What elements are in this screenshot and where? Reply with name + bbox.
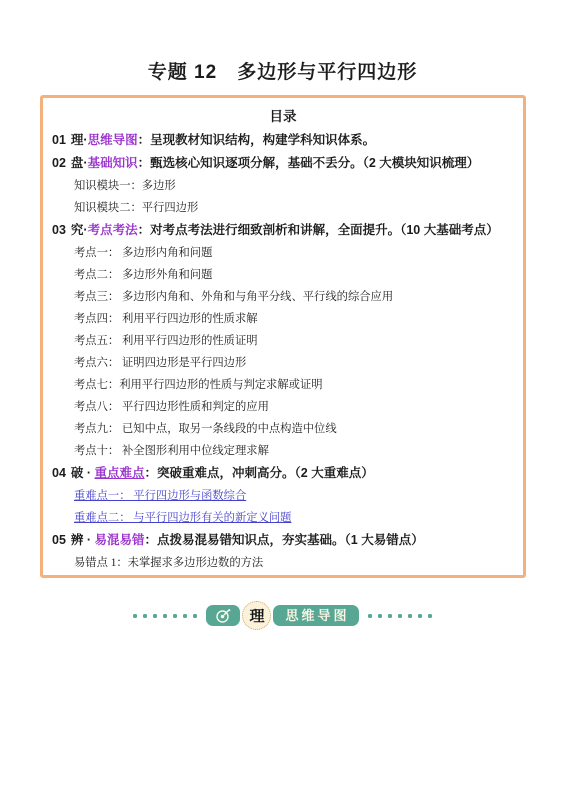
dots-left-decoration <box>133 614 197 618</box>
toc-subitem: 考点五： 利用平行四边形的性质证明 <box>49 330 517 352</box>
item-prefix: 盘· <box>71 156 88 170</box>
item-description: 突破重难点，冲刺高分。（2 大重难点） <box>157 466 374 480</box>
dot-decoration <box>378 614 382 618</box>
dot-decoration <box>398 614 402 618</box>
dots-right-decoration <box>368 614 432 618</box>
item-highlight: 考点考法 <box>88 223 138 237</box>
toc-sublink[interactable]: 重难点二： 与平行四边形有关的新定义问题 <box>49 507 517 529</box>
item-highlight: 重点难点 <box>95 466 145 480</box>
toc-item-05: 05辨 · 易混易错：点拨易混易错知识点，夯实基础。（1 大易错点） <box>49 529 517 552</box>
item-prefix: 究· <box>71 223 88 237</box>
dot-decoration <box>388 614 392 618</box>
item-colon: ： <box>138 133 151 147</box>
dot-decoration <box>163 614 167 618</box>
toc-header: 目录 <box>49 105 517 129</box>
toc-subitem: 考点八： 平行四边形性质和判定的应用 <box>49 396 517 418</box>
toc-subitem: 考点一： 多边形内角和问题 <box>49 242 517 264</box>
toc-subitem: 考点四： 利用平行四边形的性质求解 <box>49 308 517 330</box>
item-colon: ： <box>138 223 151 237</box>
dot-decoration <box>408 614 412 618</box>
item-number: 02 <box>52 156 66 170</box>
dot-decoration <box>153 614 157 618</box>
toc-item-01: 01理·思维导图：呈现教材知识结构，构建学科知识体系。 <box>49 129 517 152</box>
badge-character-text: 理 <box>249 605 264 626</box>
item-highlight: 基础知识 <box>88 156 138 170</box>
toc-subitem: 知识模块二：平行四边形 <box>49 197 517 219</box>
dart-target-icon <box>206 605 240 626</box>
toc-subitem: 考点六： 证明四边形是平行四边形 <box>49 352 517 374</box>
dot-decoration <box>143 614 147 618</box>
dot-decoration <box>368 614 372 618</box>
dot-decoration <box>133 614 137 618</box>
item-colon: ： <box>145 466 158 480</box>
dot-decoration <box>418 614 422 618</box>
item-description: 对考点考法进行细致剖析和讲解，全面提升。（10 大基础考点） <box>150 223 499 237</box>
item-description: 甄选核心知识逐项分解，基础不丢分。（2 大模块知识梳理） <box>150 156 479 170</box>
toc-subitem: 考点二： 多边形外角和问题 <box>49 264 517 286</box>
toc-subitem: 考点七：利用平行四边形的性质与判定求解或证明 <box>49 374 517 396</box>
item-highlight: 思维导图 <box>88 133 138 147</box>
item-highlight: 易混易错 <box>95 533 145 547</box>
toc-list: 01理·思维导图：呈现教材知识结构，构建学科知识体系。02盘·基础知识：甄选核心… <box>49 129 517 574</box>
dot-decoration <box>193 614 197 618</box>
toc-subitem: 考点九： 已知中点，取另一条线段的中点构造中位线 <box>49 418 517 440</box>
badge-character: 理 <box>242 601 271 630</box>
dot-decoration <box>173 614 177 618</box>
toc-subitem: 知识模块一：多边形 <box>49 175 517 197</box>
toc-subitem: 考点十： 补全图形利用中位线定理求解 <box>49 440 517 462</box>
toc-item-03: 03究·考点考法：对考点考法进行细致剖析和讲解，全面提升。（10 大基础考点） <box>49 219 517 242</box>
toc-sublink[interactable]: 重难点一： 平行四边形与函数综合 <box>49 485 517 507</box>
item-prefix: 理· <box>71 133 88 147</box>
toc-item-02: 02盘·基础知识：甄选核心知识逐项分解，基础不丢分。（2 大模块知识梳理） <box>49 152 517 175</box>
item-colon: ： <box>145 533 158 547</box>
toc-subitem: 易错点 1：未掌握求多边形边数的方法 <box>49 552 517 574</box>
section-badge: 理 思维导图 <box>0 601 565 630</box>
item-number: 05 <box>52 533 66 547</box>
item-number: 04 <box>52 466 66 480</box>
item-number: 03 <box>52 223 66 237</box>
toc-box: 目录 01理·思维导图：呈现教材知识结构，构建学科知识体系。02盘·基础知识：甄… <box>40 95 526 578</box>
page-title: 专题 12 多边形与平行四边形 <box>0 0 565 84</box>
item-description: 呈现教材知识结构，构建学科知识体系。 <box>150 133 375 147</box>
item-description: 点拨易混易错知识点，夯实基础。（1 大易错点） <box>157 533 424 547</box>
dot-decoration <box>428 614 432 618</box>
dot-decoration <box>183 614 187 618</box>
badge-label: 思维导图 <box>273 605 358 626</box>
toc-item-04: 04破 · 重点难点：突破重难点，冲刺高分。（2 大重难点） <box>49 462 517 485</box>
item-colon: ： <box>138 156 151 170</box>
item-prefix: 辨 · <box>71 533 95 547</box>
item-number: 01 <box>52 133 66 147</box>
item-prefix: 破 · <box>71 466 95 480</box>
toc-subitem: 考点三： 多边形内角和、外角和与角平分线、平行线的综合应用 <box>49 286 517 308</box>
